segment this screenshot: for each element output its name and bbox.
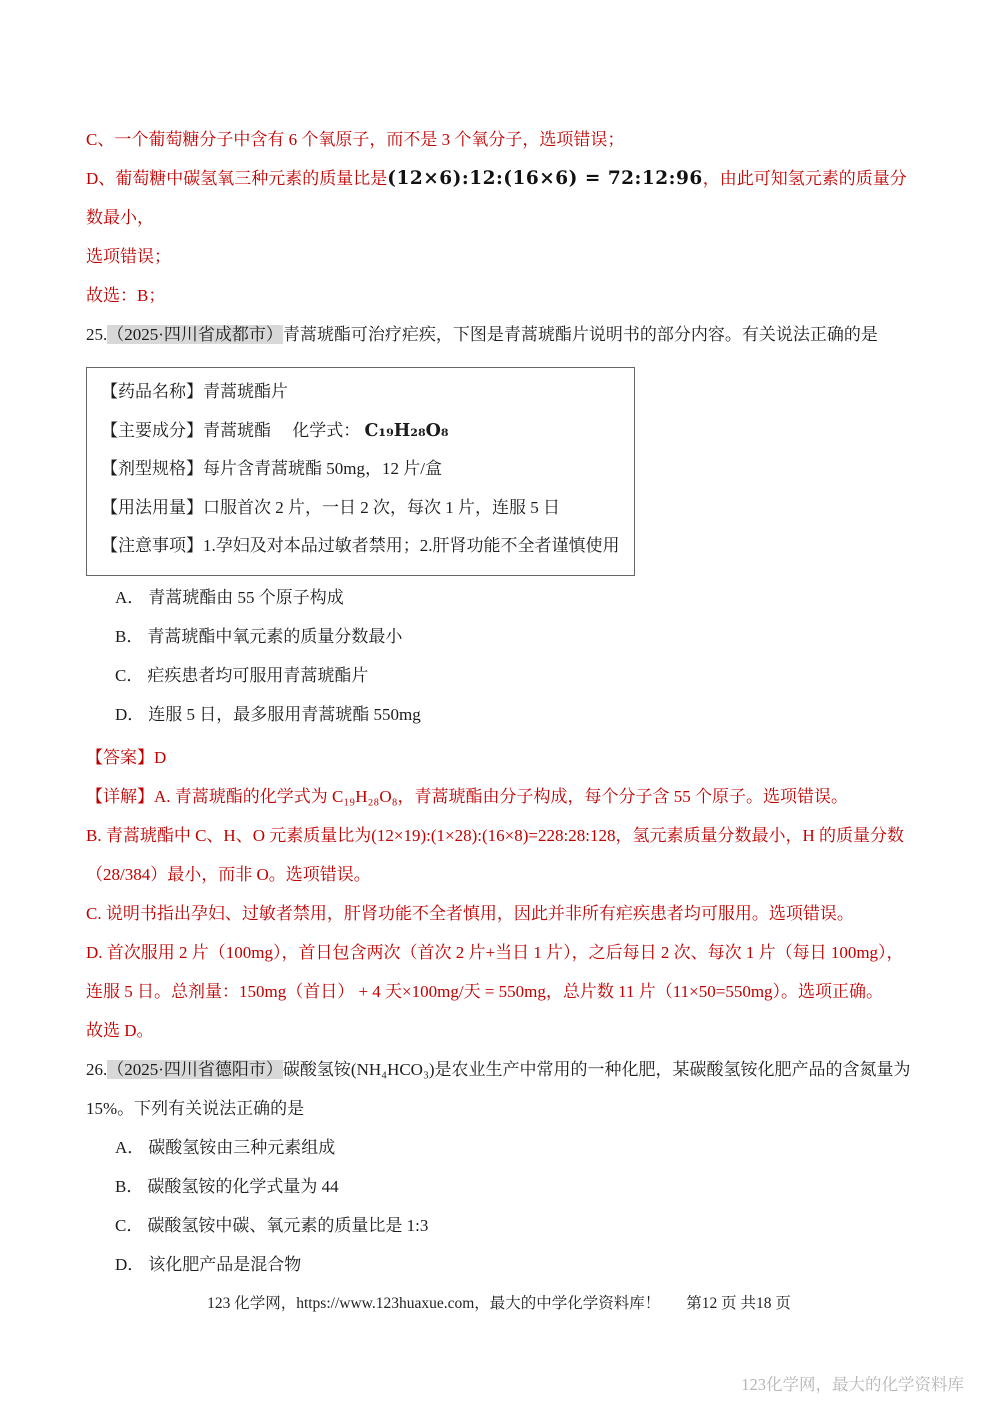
- q25-answer-line: 【答案】D: [86, 738, 912, 777]
- q26-option-c-text: 碳酸氢铵中碳、氧元素的质量比是 1:3: [147, 1216, 428, 1235]
- q25-option-a-label: A．: [115, 588, 144, 607]
- q25-option-c: C．疟疾患者均可服用青蒿琥酯片: [86, 656, 912, 695]
- q25-option-b-label: B．: [115, 627, 143, 646]
- q25-number: 25.: [86, 325, 107, 344]
- q25-analysis-d: D. 首次服用 2 片（100mg），首日包含两次（首次 2 片+当日 1 片）…: [86, 933, 912, 1011]
- q25-analysis-conclusion: 故选 D。: [86, 1011, 912, 1050]
- drug-name-value: 青蒿琥酯片: [203, 382, 288, 401]
- q25-analysis-a: 【详解】A. 青蒿琥酯的化学式为 C₁₉H₂₈O₈，青蒿琥酯由分子构成，每个分子…: [86, 777, 912, 816]
- q25-stem-text: 青蒿琥酯可治疗疟疾，下图是青蒿琥酯片说明书的部分内容。有关说法正确的是: [283, 325, 878, 344]
- q25-option-d-label: D．: [115, 705, 144, 724]
- q25-answer-label: 【答案】: [86, 748, 154, 767]
- q26-option-a-label: A．: [115, 1138, 144, 1157]
- q26-option-d-label: D．: [115, 1255, 144, 1274]
- q25-option-a: A．青蒿琥酯由 55 个原子构成: [86, 578, 912, 617]
- document-page: C、一个葡萄糖分子中含有 6 个氧原子，而不是 3 个氧分子，选项错误； D、葡…: [0, 0, 992, 1403]
- drug-name-row: 【药品名称】青蒿琥酯片: [101, 373, 628, 412]
- q25-option-d: D．连服 5 日，最多服用青蒿琥酯 550mg: [86, 695, 912, 734]
- q26-option-b-label: B．: [115, 1177, 143, 1196]
- q25-analysis-b: B. 青蒿琥酯中 C、H、O 元素质量比为(12×19):(1×28):(16×…: [86, 816, 912, 894]
- dosage-form-tag: 【剂型规格】: [101, 459, 203, 478]
- q26-source-tag: （2025·四川省德阳市）: [107, 1060, 283, 1079]
- q25-answer-value: D: [154, 748, 166, 767]
- q26-number: 26.: [86, 1060, 107, 1079]
- q26-option-d: D．该化肥产品是混合物: [86, 1245, 912, 1284]
- artesunate-chemical-formula: C₁₉H₂₈O₈: [365, 421, 449, 441]
- prev-explanation-conclusion: 故选：B；: [86, 276, 912, 315]
- prev-explanation-line-d-cont: 选项错误；: [86, 237, 912, 276]
- usage-dosage-value: 口服首次 2 片，一日 2 次，每次 1 片，连服 5 日: [203, 498, 560, 517]
- q26-option-d-text: 该化肥产品是混合物: [148, 1255, 301, 1274]
- drug-instruction-box: 【药品名称】青蒿琥酯片 【主要成分】青蒿琥酯 化学式： C₁₉H₂₈O₈ 【剂型…: [86, 367, 635, 576]
- prev-explanation-line-c: C、一个葡萄糖分子中含有 6 个氧原子，而不是 3 个氧分子，选项错误；: [86, 120, 912, 159]
- q25-option-a-text: 青蒿琥酯由 55 个原子构成: [148, 588, 344, 607]
- q26-option-b: B．碳酸氢铵的化学式量为 44: [86, 1167, 912, 1206]
- q25-option-d-text: 连服 5 日，最多服用青蒿琥酯 550mg: [148, 705, 420, 724]
- dosage-form-value: 每片含青蒿琥酯 50mg，12 片/盒: [203, 459, 442, 478]
- q26-option-b-text: 碳酸氢铵的化学式量为 44: [147, 1177, 338, 1196]
- q26-stem-line: 26.（2025·四川省德阳市）碳酸氢铵(NH₄HCO₃)是农业生产中常用的一种…: [86, 1050, 912, 1128]
- q26-option-c: C．碳酸氢铵中碳、氧元素的质量比是 1:3: [86, 1206, 912, 1245]
- precautions-tag: 【注意事项】: [101, 536, 203, 555]
- drug-name-tag: 【药品名称】: [101, 382, 203, 401]
- precautions-value: 1.孕妇及对本品过敏者禁用；2.肝肾功能不全者谨慎使用: [203, 536, 620, 555]
- prev-line-d-prefix: D、葡萄糖中碳氢氧三种元素的质量比是: [86, 169, 387, 188]
- main-ingredient-row: 【主要成分】青蒿琥酯 化学式： C₁₉H₂₈O₈: [101, 412, 628, 451]
- footer-site-info: 123 化学网，https://www.123huaxue.com，最大的中学化…: [207, 1295, 660, 1312]
- q25-option-b: B．青蒿琥酯中氧元素的质量分数最小: [86, 617, 912, 656]
- q25-analysis-c: C. 说明书指出孕妇、过敏者禁用，肝肾功能不全者慎用，因此并非所有疟疾患者均可服…: [86, 894, 912, 933]
- q26-option-a: A．碳酸氢铵由三种元素组成: [86, 1128, 912, 1167]
- document-content: C、一个葡萄糖分子中含有 6 个氧原子，而不是 3 个氧分子，选项错误； D、葡…: [86, 0, 912, 1323]
- q25-stem-line: 25.（2025·四川省成都市）青蒿琥酯可治疗疟疾，下图是青蒿琥酯片说明书的部分…: [86, 315, 912, 354]
- usage-dosage-tag: 【用法用量】: [101, 498, 203, 517]
- usage-dosage-row: 【用法用量】口服首次 2 片，一日 2 次，每次 1 片，连服 5 日: [101, 489, 628, 528]
- q25-option-c-text: 疟疾患者均可服用青蒿琥酯片: [147, 666, 368, 685]
- main-ingredient-value: 青蒿琥酯 化学式：: [203, 421, 365, 440]
- main-ingredient-tag: 【主要成分】: [101, 421, 203, 440]
- glucose-mass-ratio-formula: (12×6):12:(16×6) = 72:12:96: [387, 168, 702, 189]
- watermark: 123化学网，最大的化学资料库: [741, 1371, 964, 1395]
- q25-source-tag: （2025·四川省成都市）: [107, 325, 283, 344]
- precautions-row: 【注意事项】1.孕妇及对本品过敏者禁用；2.肝肾功能不全者谨慎使用: [101, 527, 628, 566]
- q26-option-c-label: C．: [115, 1216, 143, 1235]
- dosage-form-row: 【剂型规格】每片含青蒿琥酯 50mg，12 片/盒: [101, 450, 628, 489]
- q26-option-a-text: 碳酸氢铵由三种元素组成: [148, 1138, 335, 1157]
- q25-option-b-text: 青蒿琥酯中氧元素的质量分数最小: [147, 627, 402, 646]
- page-footer: 123 化学网，https://www.123huaxue.com，最大的中学化…: [86, 1284, 912, 1323]
- footer-page-number: 第12 页 共18 页: [686, 1295, 791, 1312]
- q25-option-c-label: C．: [115, 666, 143, 685]
- prev-explanation-line-d: D、葡萄糖中碳氢氧三种元素的质量比是(12×6):12:(16×6) = 72:…: [86, 159, 912, 237]
